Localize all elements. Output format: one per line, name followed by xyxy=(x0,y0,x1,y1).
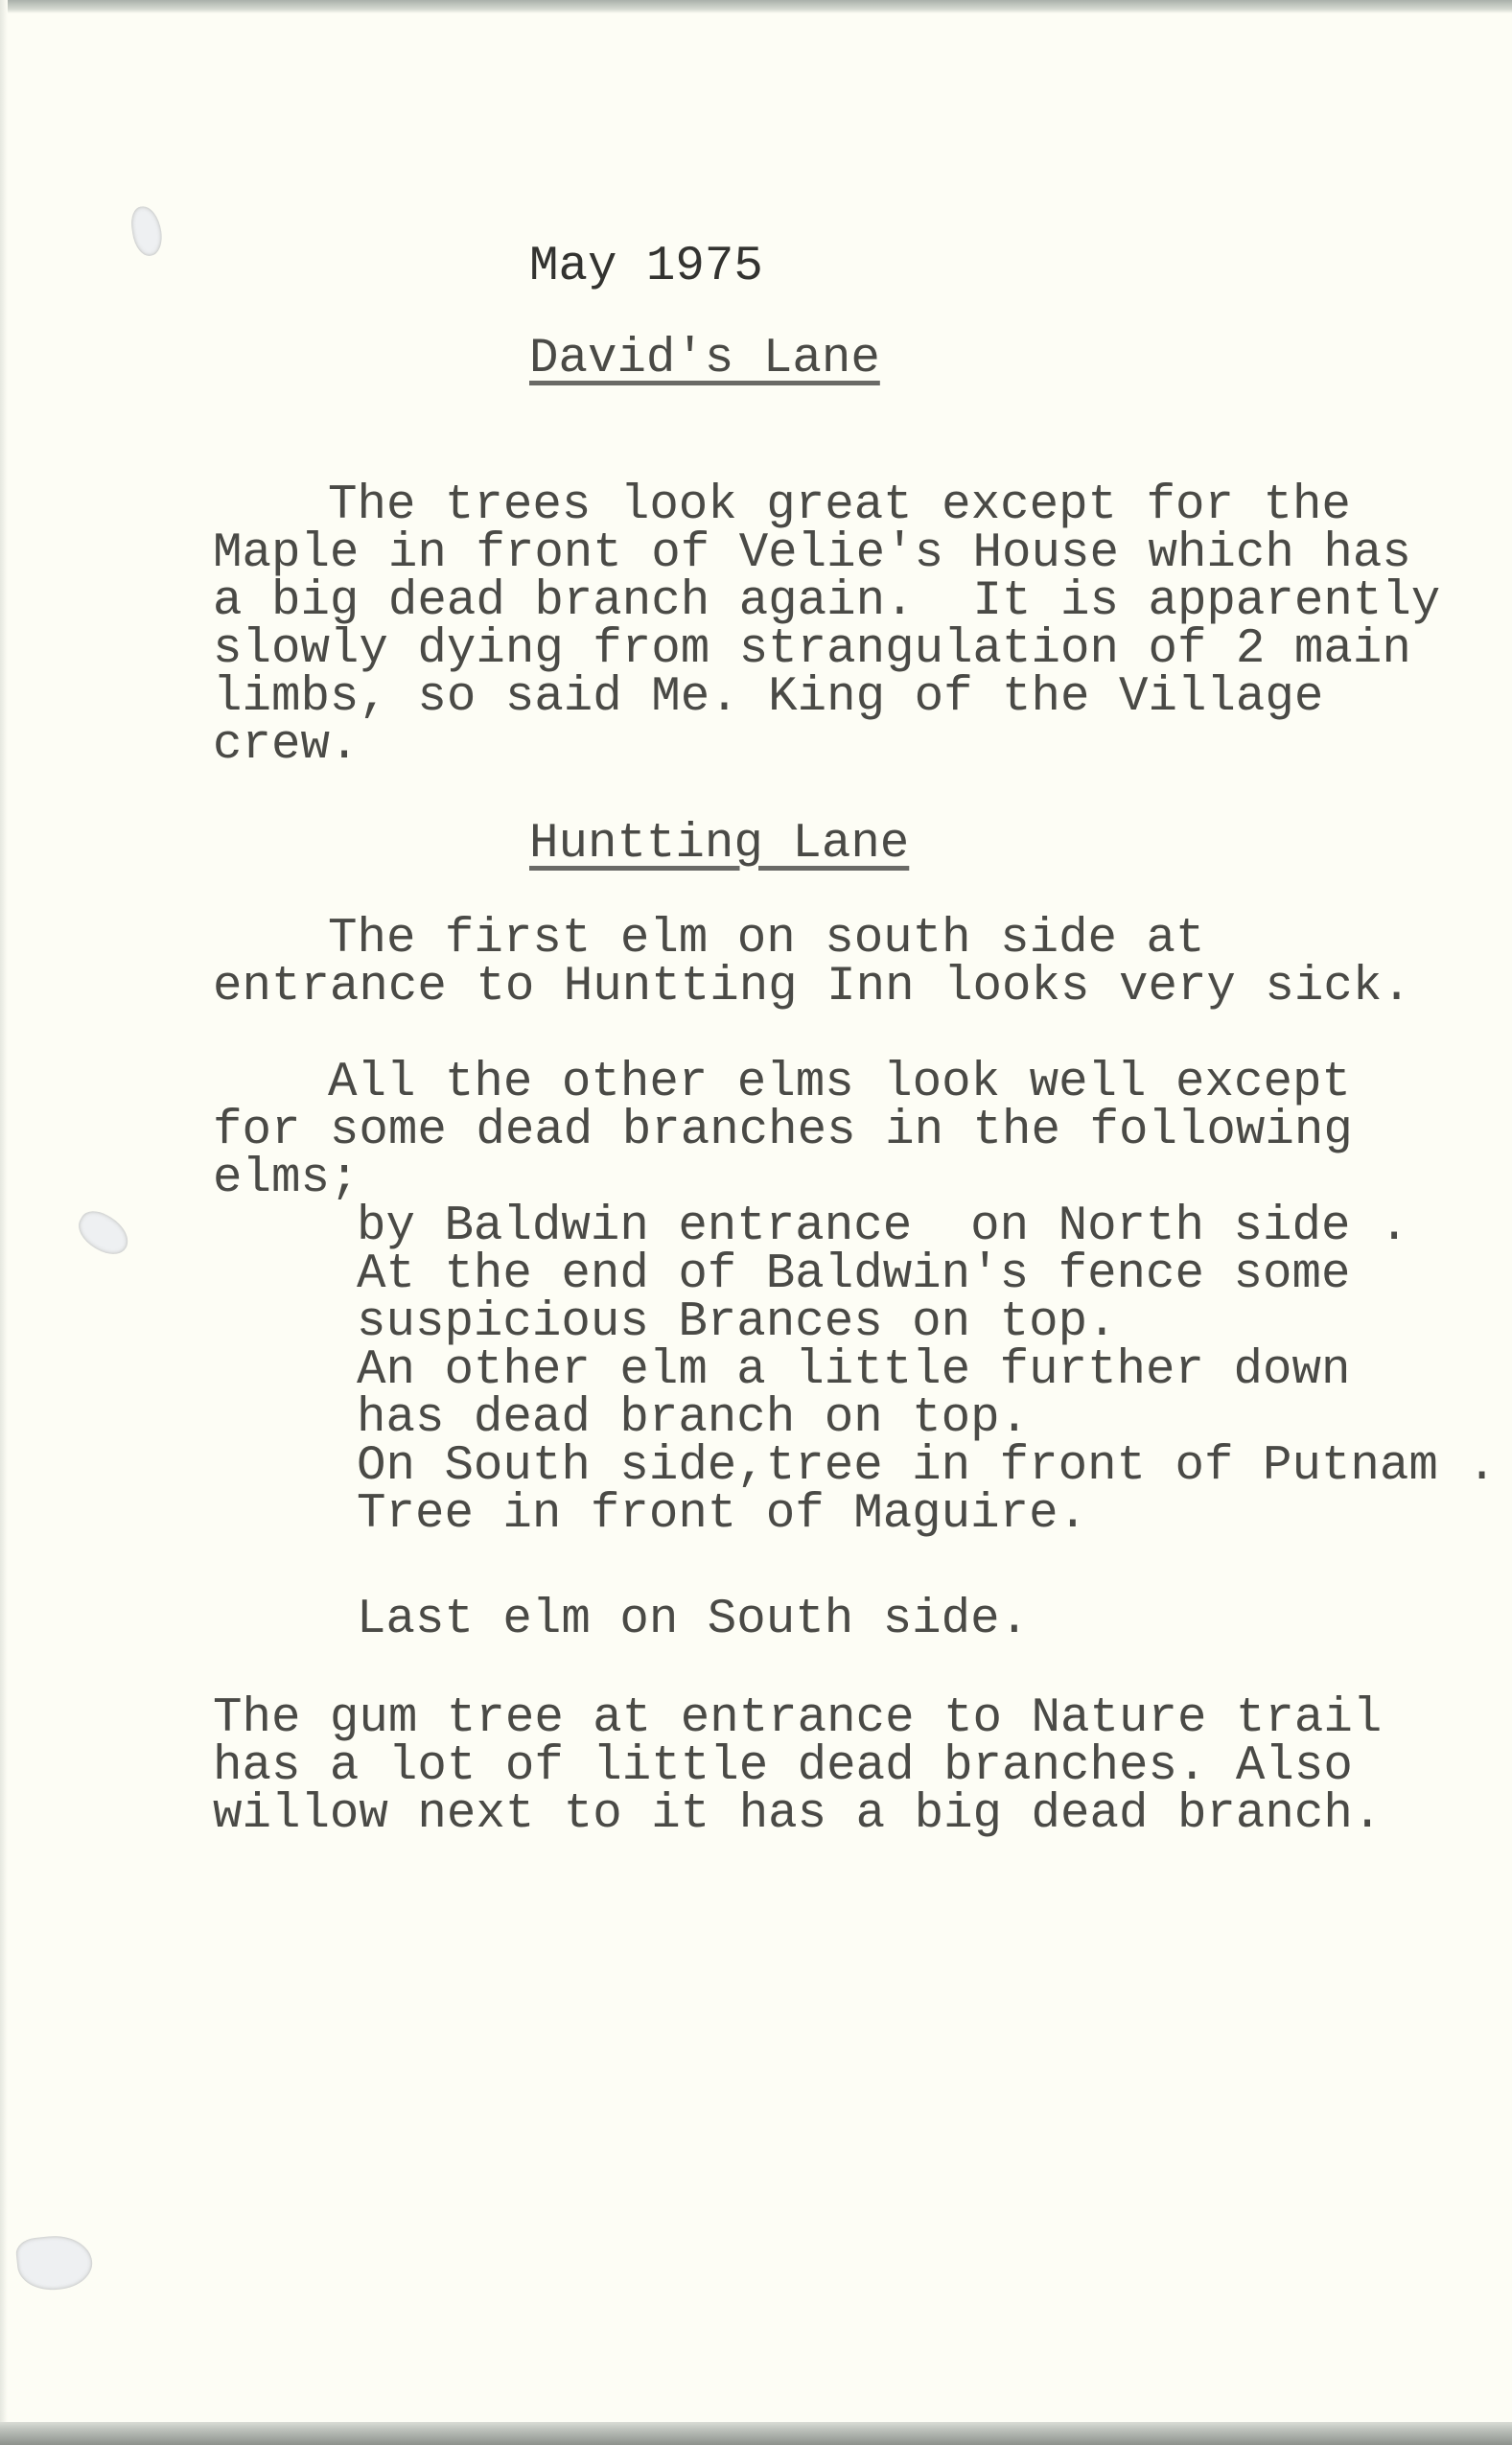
paragraph-line: All the other elms look well except xyxy=(328,1059,1351,1107)
paragraph-line: elms; xyxy=(213,1155,359,1203)
document-date: May 1975 xyxy=(529,244,763,291)
paragraph-line: willow next to it has a big dead branch. xyxy=(213,1791,1382,1839)
paragraph-line: Maple in front of Velie's House which ha… xyxy=(213,530,1411,578)
punch-hole xyxy=(14,2232,94,2294)
scan-bottom-edge xyxy=(0,2422,1512,2445)
paragraph-line: slowly dying from strangulation of 2 mai… xyxy=(213,626,1411,674)
section-heading-huntting-lane: Huntting Lane xyxy=(529,821,909,869)
list-item: An other elm a little further down xyxy=(357,1347,1350,1395)
paragraph-line: crew. xyxy=(213,722,359,770)
closing-line: Last elm on South side. xyxy=(357,1596,1029,1644)
punch-hole xyxy=(129,204,165,258)
scan-left-edge xyxy=(0,0,8,2445)
list-item: suspicious Brances on top. xyxy=(357,1299,1117,1347)
paragraph-line: entrance to Huntting Inn looks very sick… xyxy=(213,964,1411,1012)
list-item: On South side,tree in front of Putnam . xyxy=(357,1443,1497,1491)
paragraph-line: has a lot of little dead branches. Also xyxy=(213,1743,1353,1791)
list-item: At the end of Baldwin's fence some xyxy=(357,1251,1350,1299)
paragraph-line: The trees look great except for the xyxy=(328,482,1351,530)
paragraph-line: The gum tree at entrance to Nature trail xyxy=(213,1695,1382,1743)
list-item: Tree in front of Maguire. xyxy=(357,1491,1087,1539)
list-item: has dead branch on top. xyxy=(357,1395,1029,1443)
paragraph-line: The first elm on south side at xyxy=(328,916,1205,964)
section-heading-davids-lane: David's Lane xyxy=(529,336,880,384)
scan-top-edge xyxy=(0,0,1512,13)
paragraph-line: limbs, so said Me. King of the Village xyxy=(213,674,1323,722)
paragraph-line: for some dead branches in the following xyxy=(213,1107,1353,1155)
paragraph-line: a big dead branch again. It is apparentl… xyxy=(213,578,1440,626)
list-item: by Baldwin entrance on North side . xyxy=(357,1203,1408,1251)
punch-hole xyxy=(72,1204,135,1261)
